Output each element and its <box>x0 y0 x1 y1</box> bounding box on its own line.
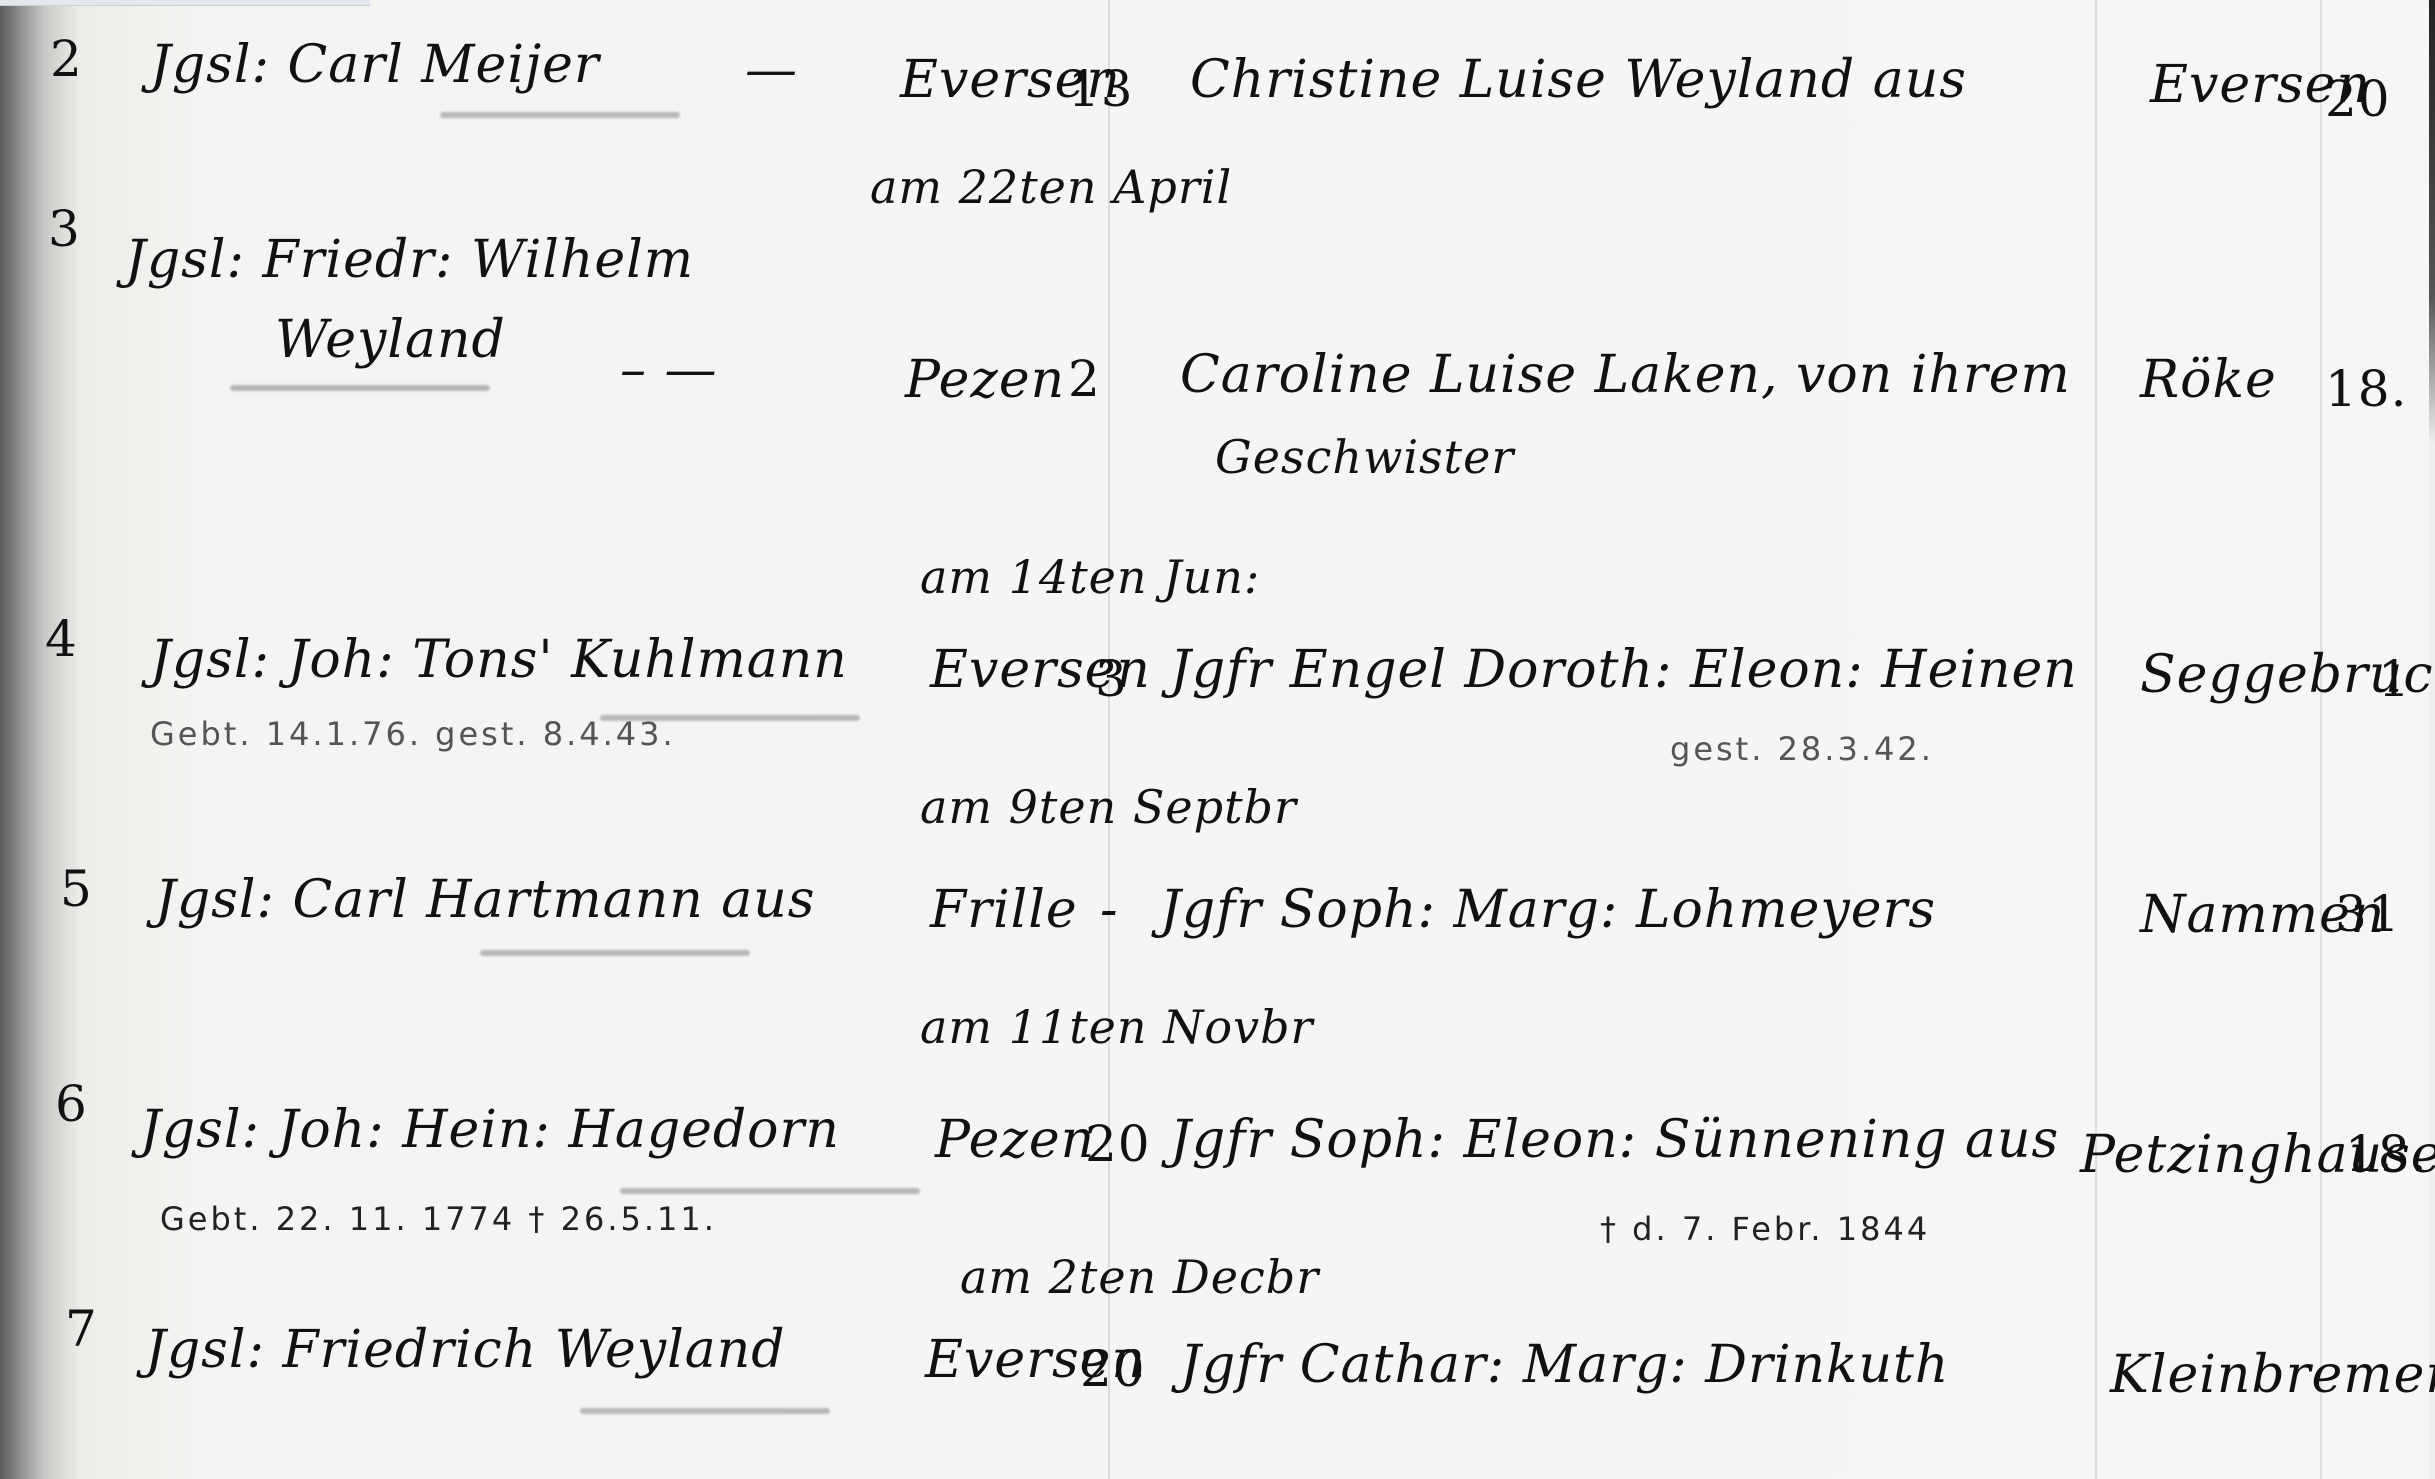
pencil-underline <box>480 950 750 956</box>
groom-age: 2 <box>1068 350 1101 408</box>
marriage-date: am 22ten April <box>870 160 1232 214</box>
entry-number: 5 <box>60 860 93 918</box>
bride-place: Röke <box>2140 350 2277 410</box>
marriage-date: am 14ten Jun: <box>920 550 1260 604</box>
entry-number: 6 <box>55 1075 88 1133</box>
groom-annotation: Gebt. 22. 11. 1774 † 26.5.11. <box>160 1200 717 1238</box>
groom-place: Pezen <box>905 350 1065 410</box>
register-page: 2 Jgsl: Carl Meijer — Eversen 13 Christi… <box>0 0 2435 1479</box>
groom-place: Pezen <box>935 1110 1095 1170</box>
bride-name: Jgfr Engel Doroth: Eleon: Heinen <box>1170 640 2078 700</box>
pencil-underline <box>230 385 490 391</box>
bride-place: Kleinbremen <box>2110 1345 2435 1405</box>
dash: — <box>745 40 798 100</box>
pencil-underline <box>620 1188 920 1194</box>
bride-annotation: gest. 28.3.42. <box>1670 730 1934 768</box>
bride-name: Jgfr Soph: Marg: Lohmeyers <box>1160 880 1936 940</box>
groom-age: 20 <box>1080 1340 1146 1398</box>
bride-age: 18. <box>2345 1125 2428 1183</box>
groom-age: 13 <box>1068 60 1134 118</box>
groom-name: Jgsl: Joh: Hein: Hagedorn <box>140 1100 840 1160</box>
bride-age: 18. <box>2325 360 2408 418</box>
bride-age: 31 <box>2335 885 2401 943</box>
toolbar-strip <box>0 0 370 6</box>
bride-annotation: † d. 7. Febr. 1844 <box>1600 1210 1930 1248</box>
column-rule <box>2320 0 2322 1479</box>
dash: – — <box>620 340 718 400</box>
groom-name-line2: Weyland <box>275 310 506 370</box>
groom-name: Jgsl: Carl Hartmann aus <box>155 870 815 930</box>
bride-age: 1 <box>2378 650 2411 708</box>
bride-name: Jgfr Soph: Eleon: Sünnening aus <box>1170 1110 2059 1170</box>
groom-name-line1: Jgsl: Friedr: Wilhelm <box>125 230 694 290</box>
groom-annotation: Gebt. 14.1.76. gest. 8.4.43. <box>150 715 676 753</box>
pencil-underline <box>440 112 680 118</box>
groom-name: Jgsl: Carl Meijer <box>150 35 600 95</box>
dash: - <box>1100 880 1119 940</box>
page-edge <box>2429 0 2435 1479</box>
marriage-date: am 9ten Septbr <box>920 780 1297 834</box>
entry-number: 7 <box>65 1300 98 1358</box>
entry-number: 2 <box>50 30 83 88</box>
marriage-date: am 2ten Decbr <box>960 1250 1319 1304</box>
pencil-underline <box>600 715 860 721</box>
bride-name: Caroline Luise Laken, von ihrem <box>1180 345 2071 405</box>
groom-age: 3 <box>1095 650 1128 708</box>
groom-name: Jgsl: Friedrich Weyland <box>145 1320 786 1380</box>
groom-place: Frille <box>930 880 1078 940</box>
pencil-underline <box>580 1408 830 1414</box>
bride-name-line2: Geschwister <box>1215 430 1514 484</box>
bride-name: Jgfr Cathar: Marg: Drinkuth <box>1180 1335 1949 1395</box>
bride-name: Christine Luise Weyland aus <box>1190 50 1967 110</box>
entry-number: 3 <box>48 200 81 258</box>
marriage-date: am 11ten Novbr <box>920 1000 1314 1054</box>
groom-name: Jgsl: Joh: Tons' Kuhlmann <box>150 630 848 690</box>
column-rule <box>2095 0 2097 1479</box>
bride-age: 20 <box>2325 70 2391 128</box>
entry-number: 4 <box>45 610 78 668</box>
groom-age: 20 <box>1085 1115 1151 1173</box>
